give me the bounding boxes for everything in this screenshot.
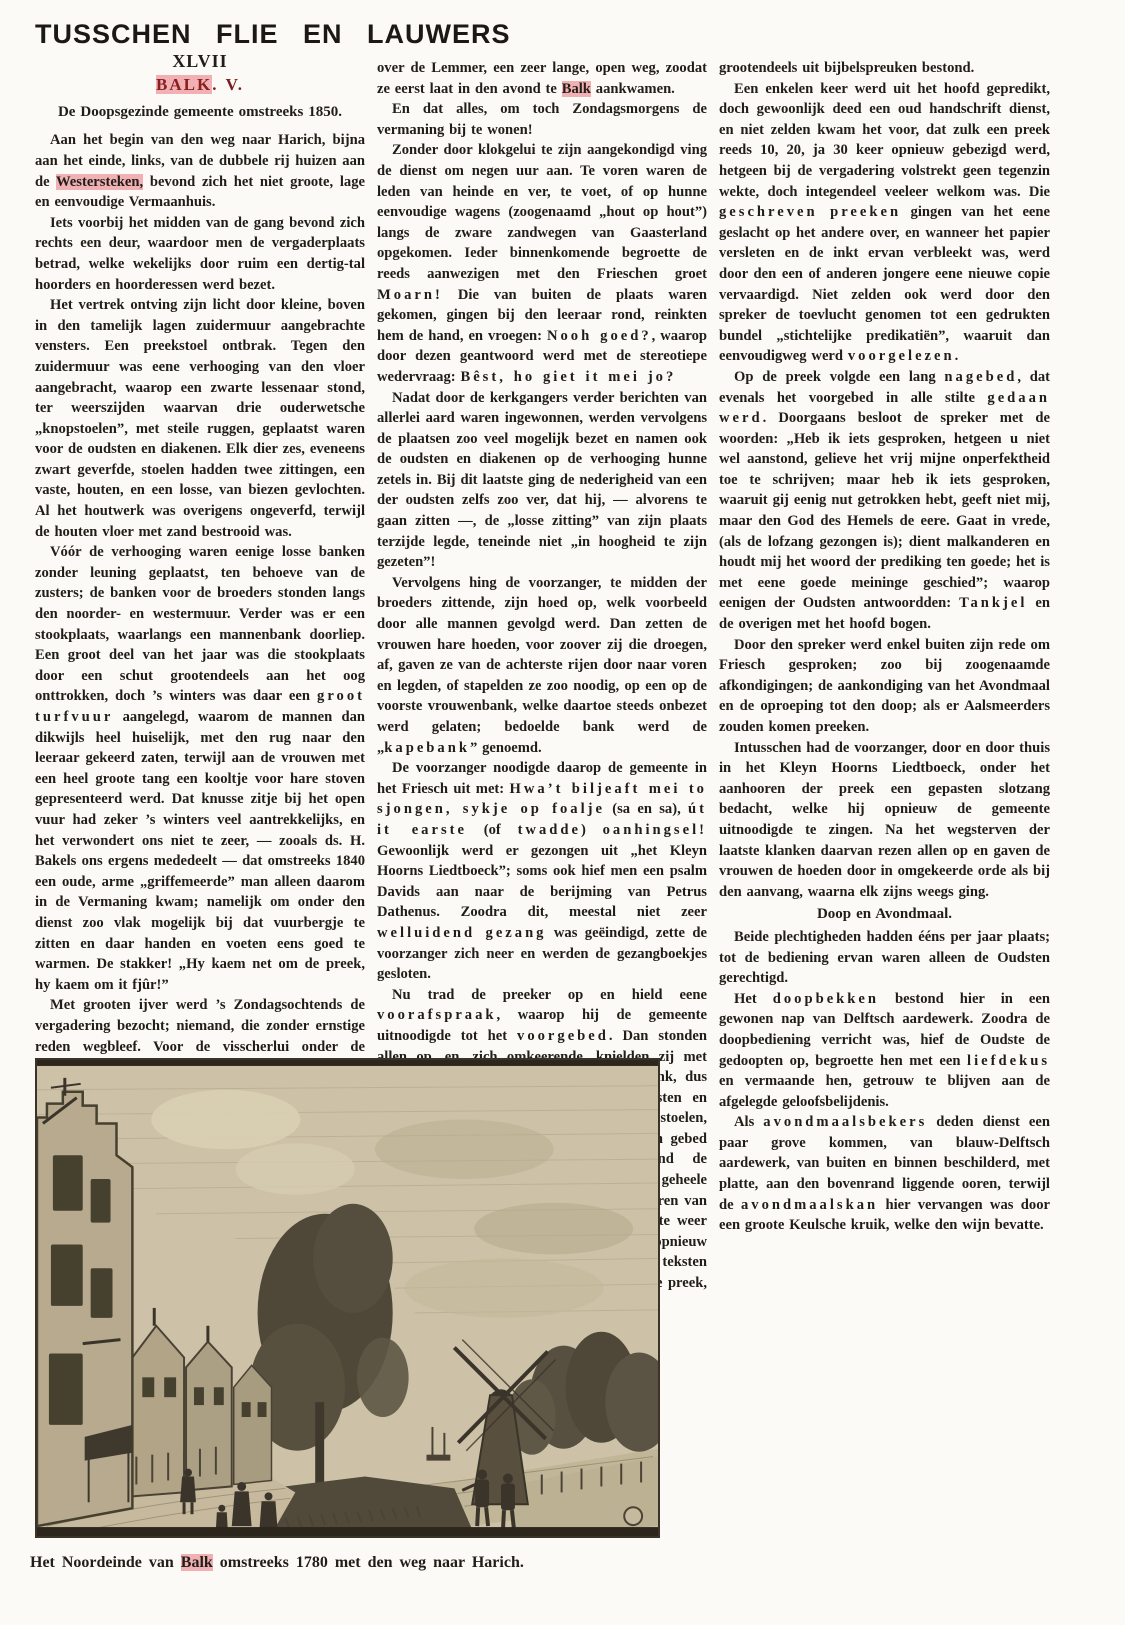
paragraph: Vervolgens hing de voorzanger, te midden… — [377, 573, 707, 758]
text-segment: ” genoemd. — [470, 740, 542, 756]
column-3: grootendeels uit bijbelspreuken bestond.… — [719, 24, 1050, 1314]
text-segment: . Doorgaans besloot de spreker met de wo… — [719, 410, 1050, 611]
text-segment: Vóór de verhooging waren eenige losse ba… — [35, 544, 365, 704]
paragraph: Vóór de verhooging waren eenige losse ba… — [35, 542, 365, 995]
paragraph: Op de preek volgde een lang nagebed, dat… — [719, 367, 1050, 635]
text-segment: (sa en sa), — [605, 801, 688, 817]
section-subheading: Doop en Avondmaal. — [719, 904, 1050, 925]
paragraph: over de Lemmer, een zeer lange, open weg… — [377, 58, 707, 99]
paragraph: Nadat door de kerkgangers verder bericht… — [377, 388, 707, 573]
text-segment: . V. — [212, 75, 244, 94]
text-segment: doopbekken — [773, 991, 879, 1007]
text-segment: Het Noordeinde van — [30, 1554, 181, 1571]
paragraph: Door den spreker werd enkel buiten zijn … — [719, 635, 1050, 738]
text-segment: Zonder door klokgelui te zijn aangekondi… — [377, 142, 707, 282]
text-segment: avondmaalskan — [741, 1197, 878, 1213]
paragraph: Het doopbekken bestond hier in een gewon… — [719, 989, 1050, 1113]
engraving-image — [35, 1058, 660, 1538]
text-segment: Bêst, ho giet it mei jo? — [460, 369, 676, 385]
text-segment: Tankjel — [959, 595, 1027, 611]
engraving-illustration — [37, 1060, 658, 1536]
article-subheading: De Doopsgezinde gemeente omstreeks 1850. — [35, 102, 365, 123]
text-segment: Intusschen had de voorzanger, door en do… — [719, 740, 1050, 900]
text-segment: Door den spreker werd enkel buiten zijn … — [719, 637, 1050, 735]
paragraph: Iets voorbij het midden van de gang bevo… — [35, 213, 365, 295]
paragraph: Beide plechtigheden hadden ééns per jaar… — [719, 927, 1050, 989]
text-segment: Iets voorbij het midden van de gang bevo… — [35, 215, 365, 293]
paragraph: Een enkelen keer werd uit het hoofd gepr… — [719, 79, 1050, 367]
text-segment: avondmaalsbekers — [763, 1114, 927, 1130]
paragraph: Zonder door klokgelui te zijn aangekondi… — [377, 140, 707, 387]
page-title: TUSSCHEN FLIE EN LAUWERS — [35, 24, 365, 45]
text-segment: Gewoonlijk werd er gezongen uit „het Kle… — [377, 843, 707, 921]
text-segment: welluidend gezang — [377, 925, 546, 941]
text-segment: liefdekus — [967, 1053, 1050, 1069]
highlight-mark: Balk — [181, 1554, 213, 1571]
paragraph: Intusschen had de voorzanger, door en do… — [719, 738, 1050, 903]
text-segment: oanhingsel! — [603, 822, 707, 838]
newspaper-page: TUSSCHEN FLIE EN LAUWERS XLVII BALK. V. … — [0, 0, 1125, 1625]
figure-caption: Het Noordeinde van Balk omstreeks 1780 m… — [30, 1554, 730, 1572]
text-segment: Vervolgens hing de voorzanger, te midden… — [377, 575, 707, 756]
text-segment: Als — [734, 1114, 763, 1130]
highlight-mark: Balk — [562, 81, 591, 97]
text-segment: Nadat door de kerkgangers verder bericht… — [377, 390, 707, 571]
text-segment: ) — [581, 822, 603, 838]
text-segment: Een enkelen keer werd uit het hoofd gepr… — [719, 81, 1050, 200]
text-segment: Moarn! — [377, 287, 443, 303]
paragraph: En dat alles, om toch Zondagsmorgens de … — [377, 99, 707, 140]
text-segment: kapebank — [384, 740, 470, 756]
text-segment: Het — [734, 991, 773, 1007]
text-segment: gingen van het eene geslacht op het ande… — [719, 204, 1050, 364]
highlight-mark: Westersteken, — [56, 174, 143, 190]
text-segment: voorafspraak — [377, 1007, 497, 1023]
text-segment: voorgebed — [517, 1028, 609, 1044]
text-segment: Beide plechtigheden hadden ééns per jaar… — [719, 929, 1050, 986]
text-segment: geschreven preeken — [719, 204, 901, 220]
text-segment: Het vertrek ontving zijn licht door klei… — [35, 297, 365, 540]
text-segment: aangelegd, waarom de mannen dan dikwijls… — [35, 709, 365, 993]
text-segment: omstreeks 1780 met den weg naar Harich. — [213, 1554, 524, 1571]
paragraph: Als avondmaalsbekers deden dienst een pa… — [719, 1112, 1050, 1236]
text-segment: voorgelezen. — [848, 348, 961, 364]
text-segment: aankwamen. — [591, 81, 675, 97]
text-segment: Op de preek volgde een lang — [734, 369, 944, 385]
paragraph: Het vertrek ontving zijn licht door klei… — [35, 295, 365, 542]
section-title: BALK. V. — [35, 75, 365, 96]
text-segment: Nu trad de preeker op en hield eene — [392, 987, 707, 1003]
text-segment: nagebed — [944, 369, 1017, 385]
text-segment: Nooh goed? — [547, 328, 652, 344]
text-segment: en vermaande hen, getrouw te blijven aan… — [719, 1073, 1050, 1110]
highlight-mark: BALK — [156, 75, 212, 94]
paragraph: Aan het begin van den weg naar Harich, b… — [35, 130, 365, 212]
text-segment: twadde — [518, 822, 581, 838]
paragraph: De voorzanger noodigde daarop de gemeent… — [377, 758, 707, 985]
text-segment: (of — [467, 822, 518, 838]
text-segment: grootendeels uit bijbelspreuken bestond. — [719, 60, 974, 76]
text-segment: En dat alles, om toch Zondagsmorgens de … — [377, 101, 707, 138]
chapter-number: XLVII — [35, 51, 365, 72]
paragraph: grootendeels uit bijbelspreuken bestond. — [719, 58, 1050, 79]
article-header: TUSSCHEN FLIE EN LAUWERS XLVII BALK. V. … — [35, 24, 365, 122]
text-segment: Doop en Avondmaal. — [817, 906, 952, 922]
